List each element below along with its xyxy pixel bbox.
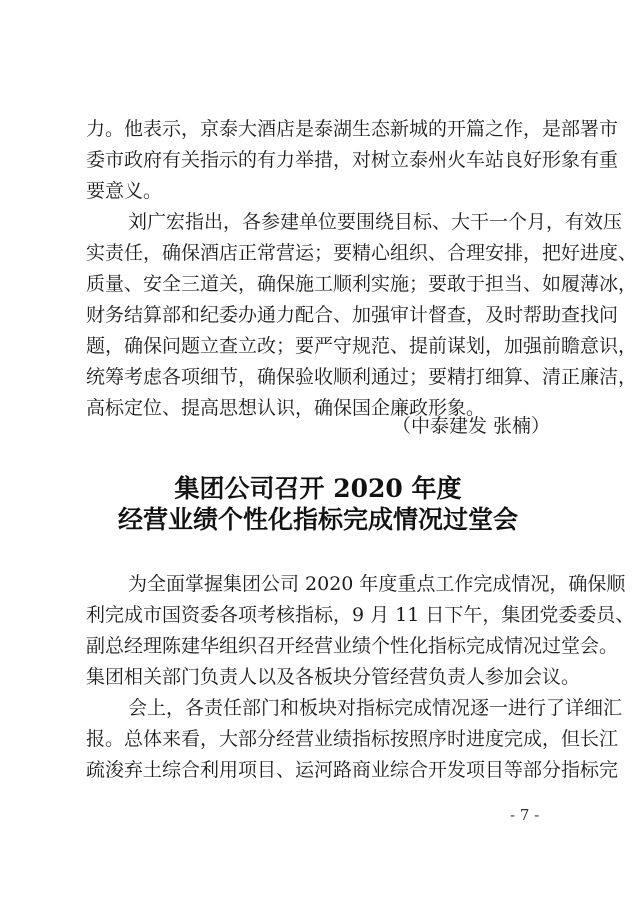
body-text-line: 会上，各责任部门和板块对指标完成情况逐一进行了详细汇 [86, 696, 554, 720]
body-text-line: 集团相关部门负责人以及各板块分管经营负责人参加会议。 [86, 665, 554, 689]
body-text-line: 疏浚弃土综合利用项目、运河路商业综合开发项目等部分指标完 [86, 758, 554, 782]
body-text-line: 为全面掌握集团公司 2020 年度重点工作完成情况，确保顺 [86, 572, 554, 596]
body-text-line: 报。总体来看，大部分经营业绩指标按照序时进度完成，但长江 [86, 727, 554, 751]
body-text-line: 利完成市国资委各项考核指标，9 月 11 日下午，集团党委委员、 [86, 603, 554, 627]
page-number: - 7 - [510, 806, 539, 824]
body-text-line: 财务结算部和纪委办通力配合、加强审计督查，及时帮助查找问 [86, 303, 554, 327]
body-text-line: 刘广宏指出，各参建单位要围绕目标、大干一个月，有效压 [86, 210, 554, 234]
body-text-line: 要意义。 [86, 179, 554, 203]
body-text-line: 质量、安全三道关，确保施工顺利实施；要敢于担当、如履薄冰， [86, 272, 554, 296]
article-title-line-2: 经营业绩个性化指标完成情况过堂会 [0, 505, 636, 535]
body-text-line: 题，确保问题立查立改；要严守规范、提前谋划，加强前瞻意识， [86, 334, 554, 358]
body-text-line: 委市政府有关指示的有力举措，对树立泰州火车站良好形象有重 [86, 148, 554, 172]
body-text-line: 实责任，确保酒店正常营运；要精心组织、合理安排，把好进度、 [86, 241, 554, 265]
body-text-line: 统筹考虑各项细节，确保验收顺利通过；要精打细算、清正廉洁， [86, 365, 554, 389]
article-title-line-1: 集团公司召开 2020 年度 [0, 474, 636, 504]
body-text-line: 力。他表示，京泰大酒店是泰湖生态新城的开篇之作，是部署市 [86, 117, 554, 141]
document-page: 力。他表示，京泰大酒店是泰湖生态新城的开篇之作，是部署市 委市政府有关指示的有力… [0, 0, 636, 900]
body-text-line: 副总经理陈建华组织召开经营业绩个性化指标完成情况过堂会。 [86, 634, 554, 658]
article-byline: （中泰建发 张楠） [392, 414, 550, 438]
